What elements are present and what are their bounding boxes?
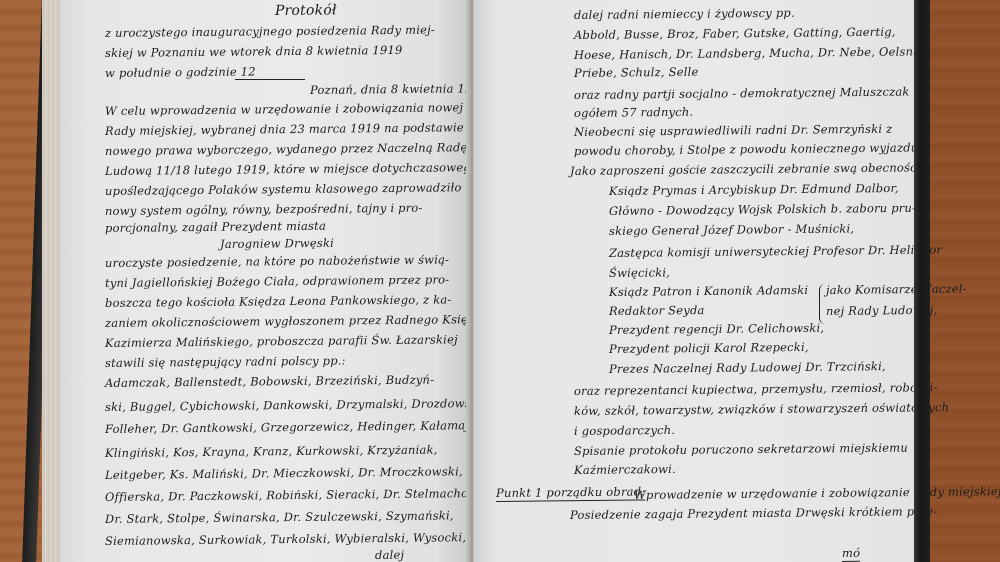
president-name: Jarogniew Drwęski <box>220 236 334 251</box>
body-line: Kaźmierczakowi. <box>574 462 676 477</box>
divider-rule <box>235 79 305 80</box>
body-line: stawili się następujący radni polscy pp.… <box>105 353 346 370</box>
body-line: ogółem 57 radnych. <box>574 105 693 120</box>
body-line: porcjonalny, zagaił Prezydent miasta <box>105 219 326 235</box>
official-line: Prezydent regencji Dr. Celichowski, <box>609 321 824 337</box>
councillor-names-line: Offierska, Dr. Paczkowski, Robiński, Sie… <box>105 486 499 504</box>
commissioner-line: Redaktor Seyda <box>609 303 705 318</box>
catchword: mó <box>842 546 860 562</box>
body-line: nowego prawa wyborczego, wydanego przez … <box>105 140 468 158</box>
councillor-names-line: Folleher, Dr. Gantkowski, Grzegorzewicz,… <box>105 418 490 436</box>
heading-line: w południe o godzinie 12 <box>105 64 256 80</box>
body-line: Rady miejskiej, wybranej dnia 23 marca 1… <box>105 120 464 138</box>
body-line: powodu choroby, i Stolpe z powodu koniec… <box>574 140 922 158</box>
guest-line: skiego Generał Józef Dowbor - Muśnicki, <box>609 221 854 238</box>
agenda-label: Punkt 1 porządku obrad: <box>496 484 646 502</box>
body-line: Posiedzenie zagaja Prezydent miasta Drwę… <box>570 504 937 522</box>
body-line: zaniem okolicznościowem wygłoszonem prze… <box>105 312 489 330</box>
place-date: Poznań, dnia 8 kwietnia 1919 <box>310 81 488 97</box>
councillor-names-line: Priebe, Schulz, Selle <box>574 65 699 80</box>
body-line: Kazimierza Malińskiego, proboszcza paraf… <box>105 332 458 350</box>
guest-line: Główno - Dowodzący Wojsk Polskich b. zab… <box>609 201 916 218</box>
councillor-names-line: ski, Buggel, Cybichowski, Dankowski, Drz… <box>105 396 489 414</box>
right-page: dalej radni niemieccy i żydowscy pp. Abb… <box>474 0 916 562</box>
body-line: oraz reprezentanci kupiectwa, przemysłu,… <box>574 380 938 398</box>
heading-line: z uroczystego inauguracyjnego posiedzeni… <box>105 23 435 40</box>
body-line: ków, szkół, towarzystw, związków i stowa… <box>574 400 949 418</box>
body-line: W celu wprowadzenia w urzędowanie i zobo… <box>105 100 463 118</box>
councillor-names-line: Siemianowska, Surkowiak, Turkolski, Wybi… <box>105 530 466 548</box>
guest-line: Ksiądz Prymas i Arcybiskup Dr. Edmund Da… <box>609 181 899 198</box>
body-line: uroczyste posiedzenie, na które po naboż… <box>105 252 449 270</box>
guest-line: Święcicki, <box>609 265 670 280</box>
book-cover-right-edge <box>914 0 930 562</box>
body-line: tyni Jagiellońskiej Bożego Ciała, odpraw… <box>105 272 450 290</box>
protocol-title: Protokół <box>275 2 337 19</box>
guest-line: Zastępca komisji uniwersyteckiej Profeso… <box>609 243 942 260</box>
councillor-names-line: Klingiński, Kos, Krayna, Kranz, Kurkowsk… <box>105 443 438 460</box>
councillor-names-line: Adamczak, Ballenstedt, Bobowski, Brzeziń… <box>105 373 434 390</box>
councillor-names-line: Hoese, Hanisch, Dr. Landsberg, Mucha, Dr… <box>574 44 929 62</box>
body-line: oraz radny partji socjalno - demokratycz… <box>574 84 910 102</box>
body-line: Spisanie protokołu poruczono sekretarzow… <box>574 441 908 458</box>
councillor-names-line: Leitgeber, Ks. Maliński, Dr. Mieczkowski… <box>105 464 463 482</box>
left-page: Protokół z uroczystego inauguracyjnego p… <box>60 0 470 562</box>
body-line: i gospodarczych. <box>574 423 675 438</box>
councillor-names-line: Dr. Stark, Stolpe, Świnarska, Dr. Szulcz… <box>105 508 454 526</box>
page-stack-edge <box>42 0 62 562</box>
body-line: upośledzającego Polaków systemu klasoweg… <box>105 180 462 198</box>
commissioner-line: Ksiądz Patron i Kanonik Adamski <box>609 283 808 299</box>
body-line: Jako zaproszeni goście zaszczycili zebra… <box>570 160 928 178</box>
commissioner-role: jako Komisarze Naczel- <box>826 282 967 297</box>
heading-line: skiej w Poznaniu we wtorek dnia 8 kwietn… <box>105 43 403 60</box>
official-line: Prezydent policji Karol Rzepecki, <box>609 340 809 356</box>
body-line: dalej radni niemieccy i żydowscy pp. <box>574 6 795 22</box>
councillor-names-line: Abbold, Busse, Broz, Faber, Gutske, Gatt… <box>574 25 896 42</box>
official-line: Prezes Naczelnej Rady Ludowej Dr. Trzciń… <box>609 359 886 376</box>
body-line: boszcza tego kościoła Księdza Leona Pank… <box>105 292 452 310</box>
catchword: dalej <box>375 548 404 562</box>
body-line: nowy system ogólny, równy, bezpośredni, … <box>105 201 423 218</box>
body-line: Ludową 11/18 lutego 1919, które w miejsc… <box>105 160 478 178</box>
body-line: Nieobecni się usprawiedliwili radni Dr. … <box>574 122 893 139</box>
